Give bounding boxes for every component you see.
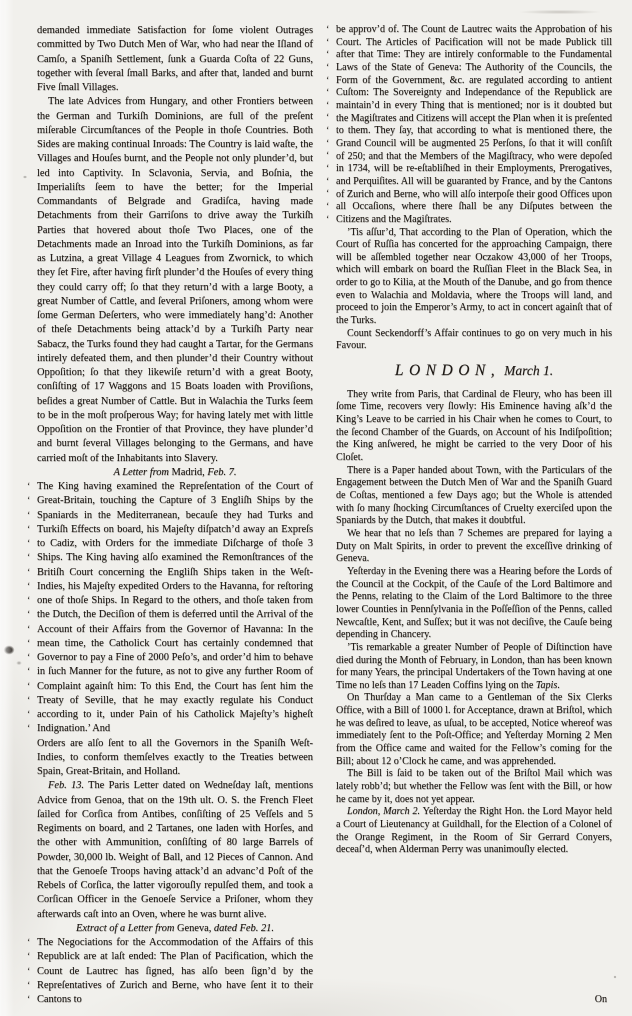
- catchword: On: [595, 994, 607, 1007]
- quote-marks-gutter: ‘‘‘‘‘‘‘‘‘‘‘‘‘‘‘‘‘‘: [27, 480, 30, 737]
- paragraph: Count Seckendorff’s Affair continues to …: [336, 328, 612, 353]
- paragraph: On Thurſday a Man came to a Gentleman of…: [336, 692, 612, 768]
- paragraph: The late Advices from Hungary, and other…: [37, 95, 313, 466]
- quoted-paragraph: be approv’d of. The Count de Lautrec wai…: [336, 24, 612, 227]
- paragraph: There is a Paper handed about Town, with…: [336, 465, 612, 528]
- paragraph: demanded immediate Satisfaction for ſome…: [37, 24, 313, 95]
- paragraph: Orders are alſo ſent to all the Governor…: [37, 737, 313, 780]
- paragraph: We hear that no leſs than 7 Schemes are …: [336, 528, 612, 566]
- dateline-date: March 1.: [504, 363, 553, 378]
- quote-marks-gutter: ‘‘‘‘‘: [27, 936, 30, 1007]
- paragraph: Yeſterday in the Evening there was a Hea…: [336, 566, 612, 642]
- text-column-right: be approv’d of. The Count de Lautrec wai…: [336, 24, 612, 1016]
- text-column-left: demanded immediate Satisfaction for ſome…: [37, 24, 313, 1016]
- paragraph: The Bill is ſaid to be taken out of the …: [336, 768, 612, 806]
- quoted-paragraph: The Negociations for the Accommodation o…: [37, 936, 313, 1007]
- paragraph: They write from Paris, that Cardinal de …: [336, 389, 612, 465]
- letter-heading: Extract of a Letter from Geneva, dated F…: [37, 922, 313, 936]
- dateline-city: LONDON,: [395, 362, 500, 379]
- paragraph: Feb. 13. The Paris Letter dated on Wedne…: [37, 779, 313, 922]
- letter-heading: A Letter from Madrid, Feb. 7.: [37, 466, 313, 480]
- paragraph: ’Tis aſſur’d, That according to the Plan…: [336, 227, 612, 328]
- paragraph: London, March 2. Yeſterday the Right Hon…: [336, 806, 612, 857]
- newspaper-page: demanded immediate Satisfaction for ſome…: [0, 0, 632, 1016]
- quoted-paragraph: The King having examined the Repreſentat…: [37, 480, 313, 737]
- quote-marks-gutter: ‘‘‘‘‘‘‘‘‘‘‘‘‘‘‘‘: [326, 24, 329, 226]
- london-dateline: LONDON,March 1.: [336, 365, 612, 380]
- paragraph: ’Tis remarkable a greater Number of Peop…: [336, 642, 612, 693]
